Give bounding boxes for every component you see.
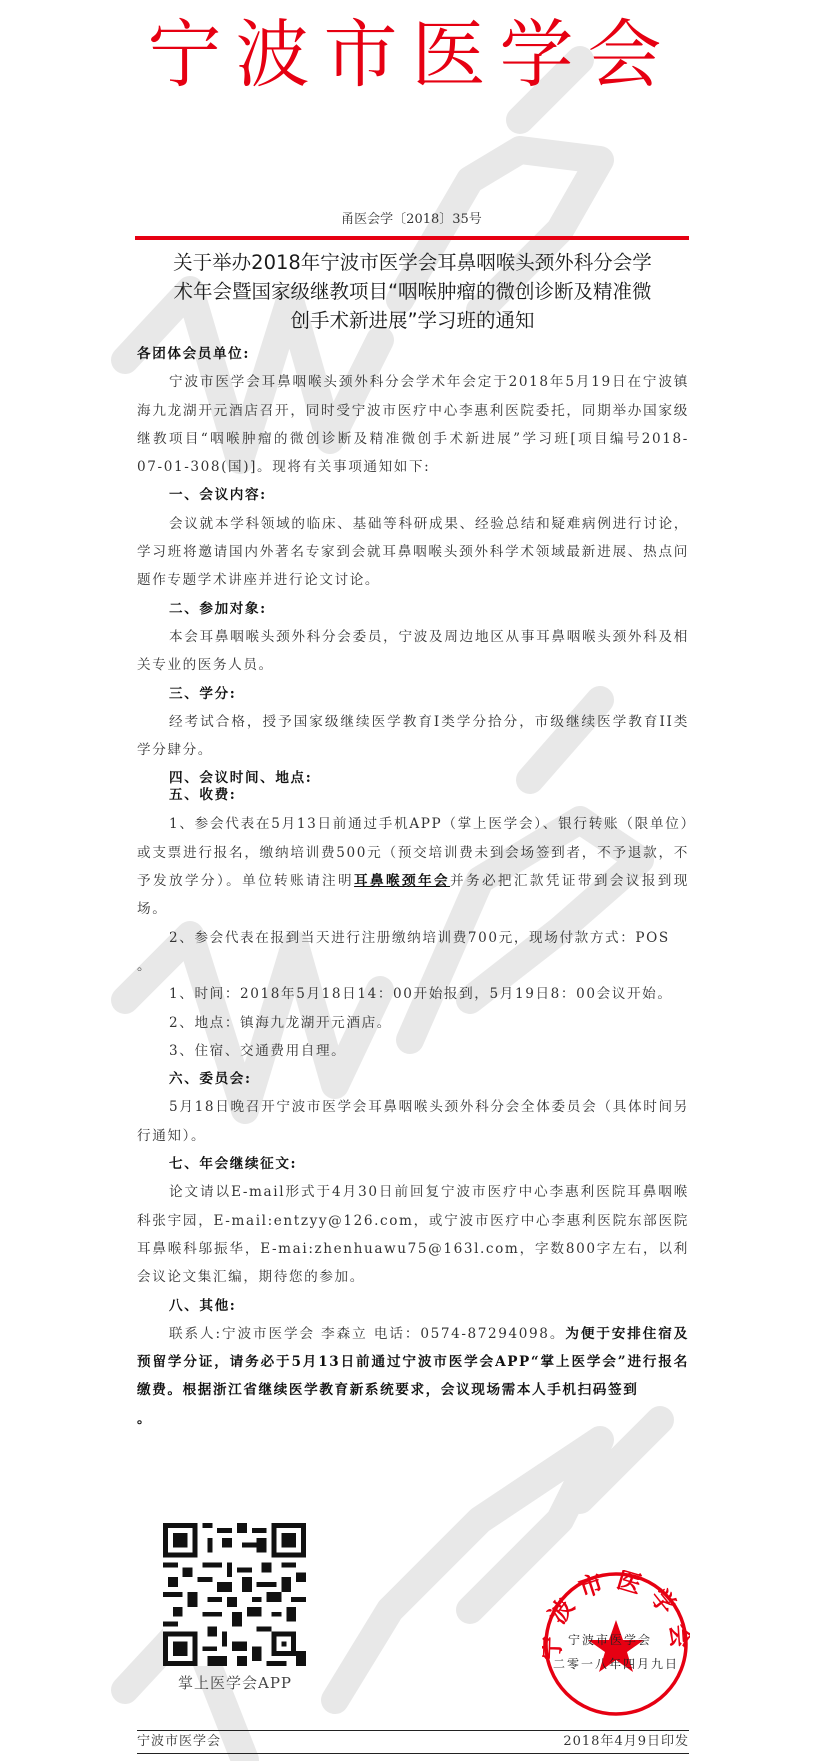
section-8-text: 联系人:宁波市医学会 李森立 电话：0574-87294098。为便于安排住宿及… — [137, 1320, 689, 1405]
section-1-heading: 一、会议内容: — [137, 481, 689, 509]
masthead-title: 宁波市医学会 — [0, 10, 823, 100]
fee-item-2-tail: 。 — [137, 952, 689, 980]
section-5-heading: 五、收费: — [137, 787, 689, 804]
footer-print-date: 2018年4月9日印发 — [563, 1731, 689, 1753]
intro-paragraph: 宁波市医学会耳鼻咽喉头颈外科分会学术年会定于2018年5月19日在宁波镇海九龙湖… — [137, 368, 689, 481]
section-1-text: 会议就本学科领域的临床、基础等科研成果、经验总结和疑难病例进行讨论，学习班将邀请… — [137, 510, 689, 595]
qr-caption: 掌上医学会APP — [150, 1672, 320, 1693]
section-8-tail: 。 — [137, 1405, 689, 1433]
title-line-2: 术年会暨国家级继教项目“咽喉肿瘤的微创诊断及精准微 — [130, 277, 695, 306]
document-number: 甬医会学〔2018〕35号 — [0, 208, 823, 227]
section-6-heading: 六、委员会: — [137, 1065, 689, 1093]
meeting-time: 1、时间：2018年5月18日14：00开始报到，5月19日8：00会议开始。 — [137, 980, 689, 1008]
title-line-1: 关于举办2018年宁波市医学会耳鼻咽喉头颈外科分会学 — [130, 248, 695, 277]
seal-date: 二零一八年四月九日 — [553, 1655, 679, 1672]
footer-issuer: 宁波市医学会 — [137, 1731, 221, 1753]
fee-item-2: 2、参会代表在报到当天进行注册缴纳培训费700元，现场付款方式：POS — [137, 924, 689, 952]
transfer-remark: 耳鼻喉颈年会 — [354, 873, 450, 889]
section-2-heading: 二、参加对象: — [137, 595, 689, 623]
notice-body: 各团体会员单位: 宁波市医学会耳鼻咽喉头颈外科分会学术年会定于2018年5月19… — [137, 340, 689, 1433]
title-line-3: 创手术新进展”学习班的通知 — [130, 306, 695, 335]
fee-item-1: 1、参会代表在5月13日前通过手机APP（掌上医学会）、银行转账（限单位）或支票… — [137, 810, 689, 923]
section-3-text: 经考试合格，授予国家级继续医学教育I类学分拾分，市级继续医学教育II类学分肆分。 — [137, 708, 689, 765]
section-7-heading: 七、年会继续征文: — [137, 1150, 689, 1178]
notice-title: 关于举办2018年宁波市医学会耳鼻咽喉头颈外科分会学 术年会暨国家级继教项目“咽… — [130, 248, 695, 335]
seal-issuer: 宁波市医学会 — [568, 1631, 652, 1648]
section-6-text: 5月18日晚召开宁波市医学会耳鼻咽喉头颈外科分会全体委员会（具体时间另行通知）。 — [137, 1093, 689, 1150]
document-page: 宁波市医学会 甬医会学〔2018〕35号 关于举办2018年宁波市医学会耳鼻咽喉… — [0, 0, 823, 1761]
section-2-text: 本会耳鼻咽喉头颈外科分会委员，宁波及周边地区从事耳鼻咽喉头颈外科及相关专业的医务… — [137, 623, 689, 680]
salutation: 各团体会员单位: — [137, 340, 689, 368]
section-4-heading: 四、会议时间、地点: — [137, 770, 689, 787]
section-7-text: 论文请以E-mail形式于4月30日前回复宁波市医疗中心李惠利医院耳鼻咽喉科张宇… — [137, 1178, 689, 1291]
section-8-heading: 八、其他: — [137, 1292, 689, 1320]
contact-info: 联系人:宁波市医学会 李森立 电话：0574-87294098。 — [169, 1326, 565, 1342]
qr-code[interactable] — [163, 1523, 306, 1666]
meeting-place: 2、地点：镇海九龙湖开元酒店。 — [137, 1009, 689, 1037]
section-3-heading: 三、学分: — [137, 680, 689, 708]
print-footer: 宁波市医学会 2018年4月9日印发 — [137, 1730, 689, 1754]
red-divider — [135, 236, 689, 240]
lodging-note: 3、住宿、交通费用自理。 — [137, 1037, 689, 1065]
